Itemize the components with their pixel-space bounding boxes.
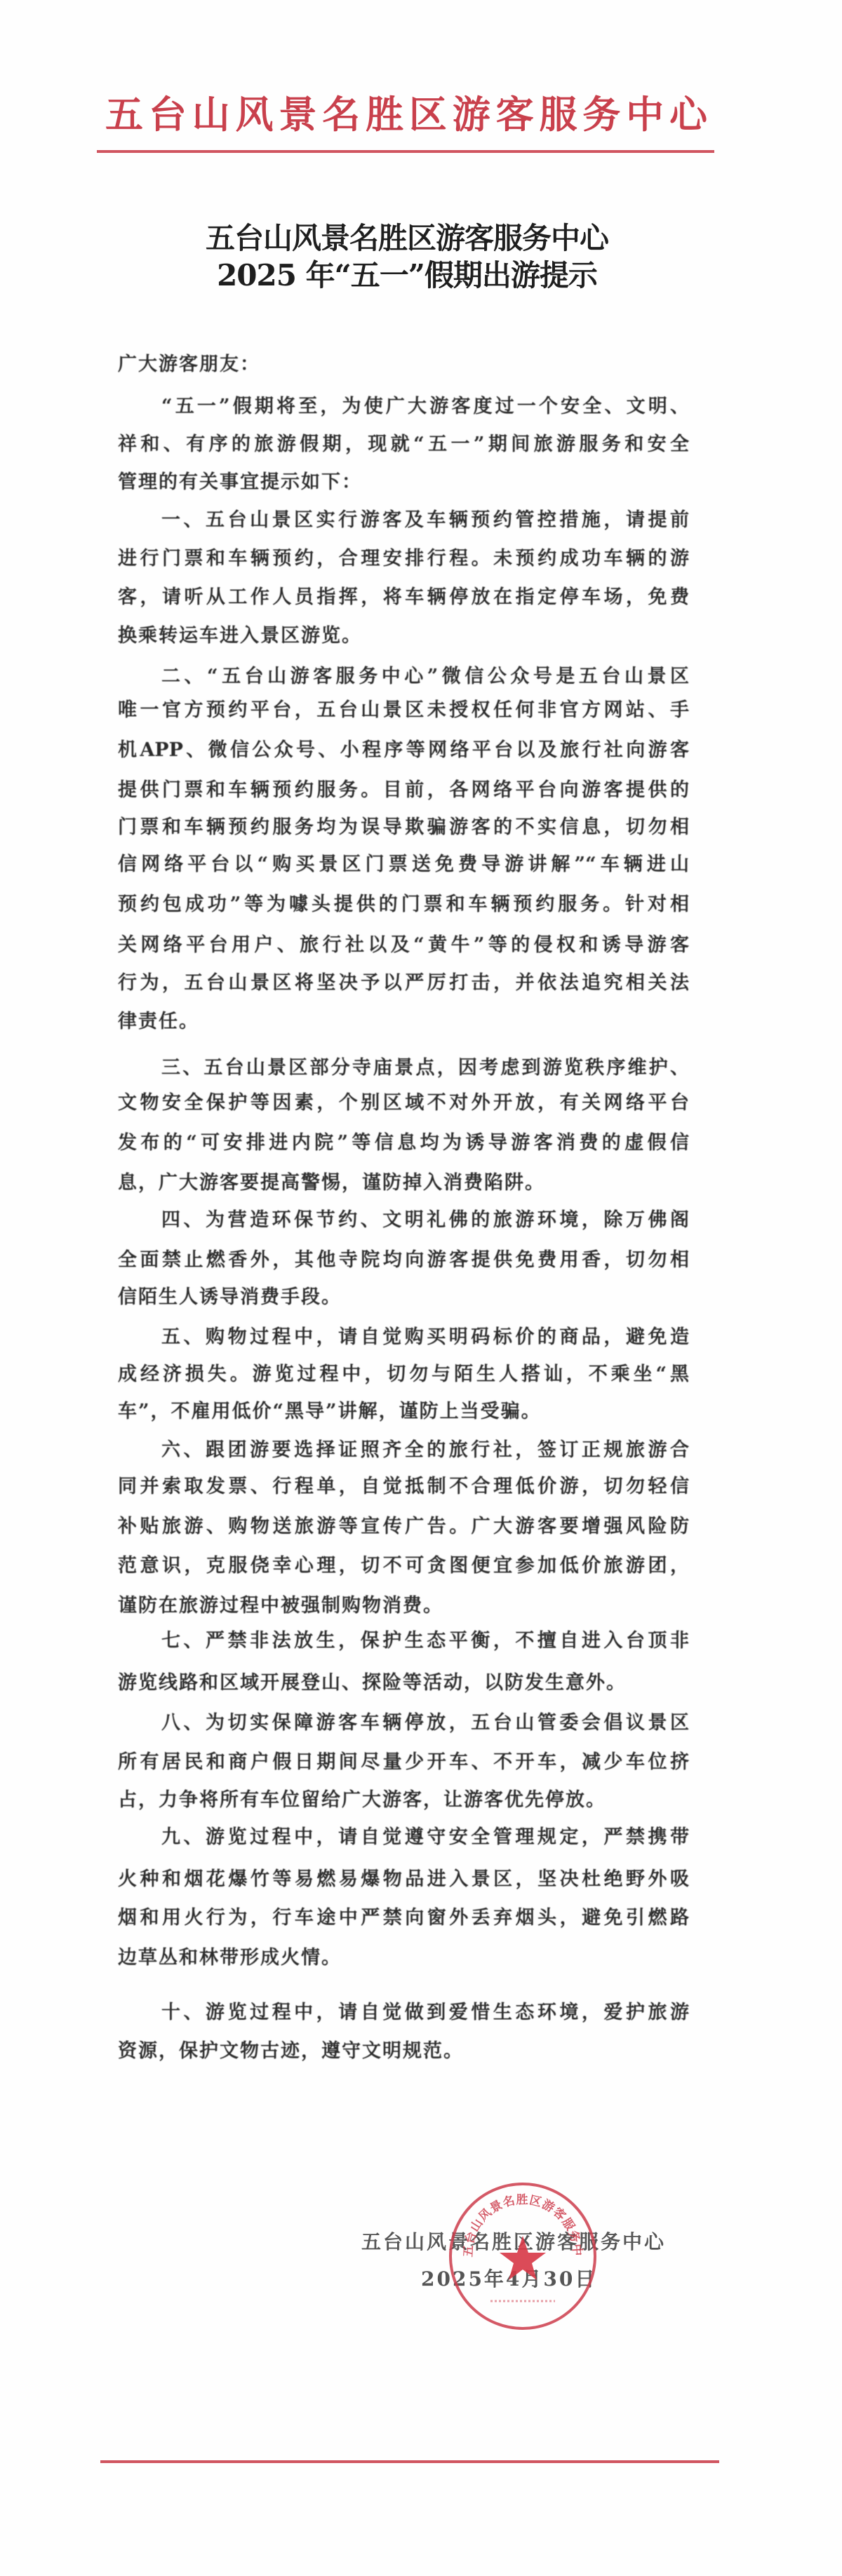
body-line: 九、游览过程中，请自觉遵守安全管理规定，严禁携带 [161,1825,689,1850]
body-line: 关网络平台用户、旅行社以及“黄牛”等的侵权和诱导游客 [118,933,689,958]
body-line: 边草丛和林带形成火情。 [118,1946,689,1971]
body-line: 信网络平台以“购买景区门票送免费导游讲解”“车辆进山 [118,852,689,877]
body-line: 二、“五台山游客服务中心”微信公众号是五台山景区 [161,664,689,689]
body-line: “五一”假期将至，为使广大游客度过一个安全、文明、 [161,394,689,419]
body-line: 提供门票和车辆预约服务。目前，各网络平台向游客提供的 [118,778,689,803]
body-line: 门票和车辆预约服务均为误导欺骗游客的不实信息，切勿相 [118,815,689,840]
body-line: 信陌生人诱导消费手段。 [118,1285,689,1310]
official-seal: 五台山风景名胜区游客服务中心 [449,2183,596,2330]
body-line: 三、五台山景区部分寺庙景点，因考虑到游览秩序维护、 [161,1056,689,1081]
body-line: 补贴旅游、购物送旅游等宣传广告。广大游客要增强风险防 [118,1514,689,1539]
body-line: 范意识，克服侥幸心理，切不可贪图便宜参加低价旅游团， [118,1553,689,1579]
body-line: 八、为切实保障游客车辆停放，五台山管委会倡议景区 [161,1711,689,1736]
letterhead-title: 五台山风景名胜区游客服务中心 [105,90,709,139]
body-line: 谨防在旅游过程中被强制购物消费。 [118,1593,689,1619]
body-line: 文物安全保护等因素，个别区域不对外开放，有关网络平台 [118,1091,689,1116]
body-line: 四、为营造环保节约、文明礼佛的旅游环境，除万佛阁 [161,1208,689,1233]
body-line: 同并索取发票、行程单，自觉抵制不合理低价游，切勿轻信 [118,1474,689,1499]
body-line: 机APP、微信公众号、小程序等网络平台以及旅行社向游客 [118,738,689,763]
body-line: 一、五台山景区实行游客及车辆预约管控措施，请提前 [161,508,689,533]
document-title-line1: 五台山风景名胜区游客服务中心 [182,220,631,257]
document-page: 五台山风景名胜区游客服务中心 五台山风景名胜区游客服务中心 2025 年“五一”… [0,0,842,2576]
body-line: 客，请听从工作人员指挥，将车辆停放在指定停车场，免费 [118,585,689,610]
body-line: 预约包成功”等为噱头提供的门票和车辆预约服务。针对相 [118,892,689,917]
body-line: 唯一官方预约平台，五台山景区未授权任何非官方网站、手 [118,698,689,723]
body-line: 律责任。 [118,1009,689,1034]
body-line: 全面禁止燃香外，其他寺院均向游客提供免费用香，切勿相 [118,1248,689,1273]
body-line: 烟和用火行为，行车途中严禁向窗外丢弃烟头，避免引燃路 [118,1906,689,1931]
body-line: 祥和、有序的旅游假期，现就“五一”期间旅游服务和安全 [118,432,689,457]
body-line: 资源，保护文物古迹，遵守文明规范。 [118,2039,689,2064]
body-line: 七、严禁非法放生，保护生态平衡，不擅自进入台顶非 [161,1628,689,1654]
body-line: 进行门票和车辆预约，合理安排行程。未预约成功车辆的游 [118,546,689,572]
body-line: 所有居民和商户假日期间尽量少开车、不开车，减少车位挤 [118,1750,689,1775]
body-line: 占，力争将所有车位留给广大游客，让游客优先停放。 [118,1788,689,1813]
body-line: 六、跟团游要选择证照齐全的旅行社，签订正规旅游合 [161,1438,689,1463]
letterhead-rule-bottom [100,2460,719,2463]
body-line: 息，广大游客要提高警惕，谨防掉入消费陷阱。 [118,1171,689,1196]
body-line: 发布的“可安排进内院”等信息均为诱导游客消费的虚假信 [118,1131,689,1156]
salutation: 广大游客朋友： [118,352,328,377]
body-line: 火种和烟花爆竹等易燃易爆物品进入景区，坚决杜绝野外吸 [118,1867,689,1892]
body-line: 行为，五台山景区将坚决予以严厉打击，并依法追究相关法 [118,971,689,996]
seal-star-icon: 五台山风景名胜区游客服务中心 [452,2185,594,2327]
body-line: 十、游览过程中，请自觉做到爱惜生态环境，爱护旅游 [161,2000,689,2025]
body-line: 换乘转运车进入景区游览。 [118,623,689,649]
body-line: 车”，不雇用低价“黑导”讲解，谨防上当受骗。 [118,1399,689,1424]
body-line: 管理的有关事宜提示如下： [118,470,689,495]
body-line: 游览线路和区域开展登山、探险等活动，以防发生意外。 [118,1671,689,1696]
body-line: 成经济损失。游览过程中，切勿与陌生人搭讪，不乘坐“黑 [118,1362,689,1387]
document-title-line2: 2025 年“五一”假期出游提示 [182,257,631,294]
letterhead-rule-top [97,150,714,153]
body-line: 五、购物过程中，请自觉购买明码标价的商品，避免造 [161,1325,689,1350]
svg-text:五台山风景名胜区游客服务中心: 五台山风景名胜区游客服务中心 [452,2185,584,2258]
